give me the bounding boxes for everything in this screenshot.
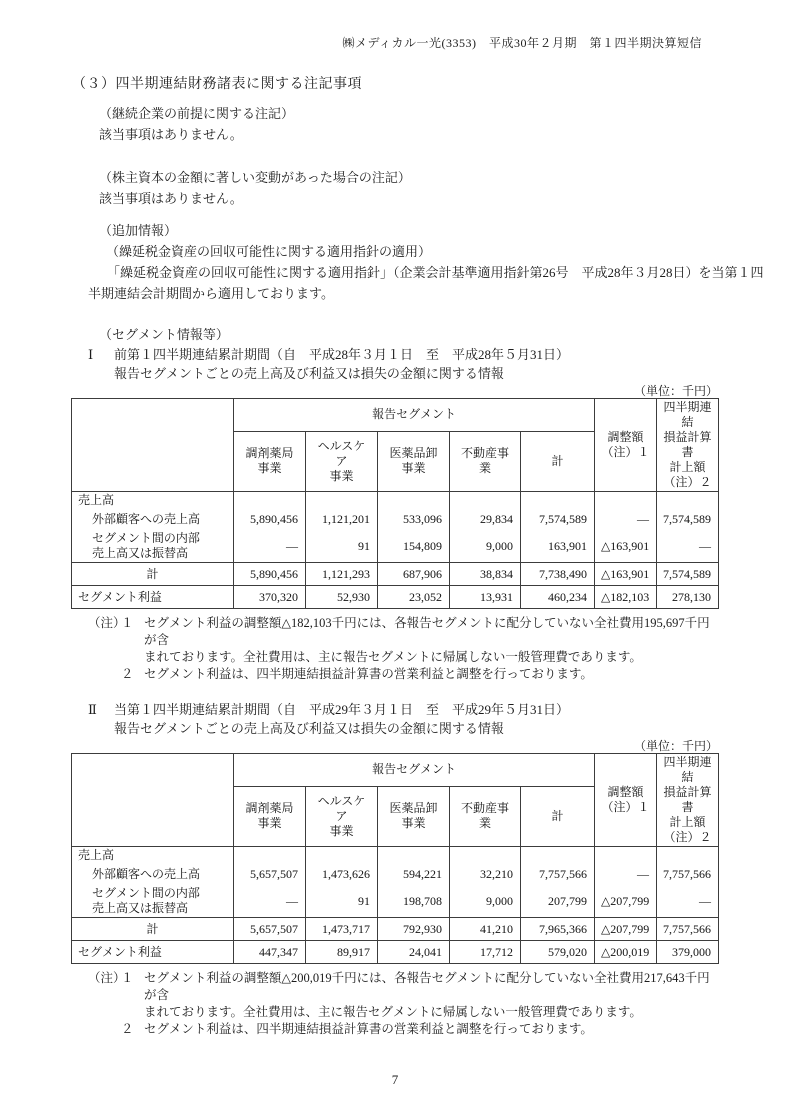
- table-row-external-sales: 外部顧客への売上高 5,890,456 1,121,201 533,096 29…: [72, 509, 719, 530]
- shareholders-equity-heading: （株主資本の金額に著しい変動があった場合の注記）: [99, 167, 790, 188]
- note-text: セグメント利益は、四半期連結損益計算書の営業利益と調整を行っております。: [144, 1021, 718, 1038]
- cell-value: 7,574,589: [657, 509, 719, 530]
- table-row-external-sales: 外部顧客への売上高 5,657,507 1,473,626 594,221 32…: [72, 864, 719, 885]
- going-concern-heading: （継続企業の前提に関する注記）: [99, 103, 790, 124]
- row-label-total: 計: [72, 918, 234, 941]
- cell-value: 594,221: [378, 864, 450, 885]
- note-number: １: [121, 970, 144, 987]
- going-concern-body: 該当事項はありません。: [99, 124, 790, 145]
- cell-value: 7,757,566: [657, 918, 719, 941]
- cell-value: ―: [595, 864, 657, 885]
- cell-value: 154,809: [378, 530, 450, 563]
- table-row-total: 計 5,657,507 1,473,717 792,930 41,210 7,9…: [72, 918, 719, 941]
- cell-value: 7,738,490: [521, 563, 595, 586]
- doc-header: ㈱メディカル一光(3353) 平成30年２月期 第１四半期決算短信: [0, 36, 790, 50]
- period-line-1: Ⅰ 前第１四半期連結累計期間（自 平成28年３月１日 至 平成28年５月31日）: [88, 345, 790, 365]
- note-number: １: [121, 615, 144, 632]
- segment-header-healthcare-line2: 事業: [312, 824, 371, 839]
- cell-value: 447,347: [234, 941, 306, 964]
- note-text-line1: セグメント利益の調整額△200,019千円には、各報告セグメントに配分していない…: [144, 970, 718, 1004]
- row-label-intersegment-line1: セグメント間の内部: [92, 531, 227, 546]
- segment-header-healthcare: ヘルスケア 事業: [306, 786, 378, 846]
- cell-value: 1,473,626: [306, 864, 378, 885]
- cell-value: △182,103: [595, 586, 657, 609]
- cell-value: 38,834: [450, 563, 521, 586]
- table-row-segment-profit: セグメント利益 447,347 89,917 24,041 17,712 579…: [72, 941, 719, 964]
- empty-cell: [306, 847, 378, 865]
- note-marker: （注）: [88, 615, 121, 632]
- page-number: 7: [0, 1072, 790, 1088]
- table-row-segment-profit: セグメント利益 370,320 52,930 23,052 13,931 460…: [72, 586, 719, 609]
- cell-value: 1,121,293: [306, 563, 378, 586]
- note-text-line2: まれております。全社費用は、主に報告セグメントに帰属しない一般管理費であります。: [144, 1004, 718, 1021]
- consolidated-pl-line1: 四半期連結: [663, 755, 712, 785]
- empty-cell: [234, 847, 306, 865]
- segment-header-pharmacy-line2: 事業: [240, 816, 299, 831]
- note-text: セグメント利益の調整額△200,019千円には、各報告セグメントに配分していない…: [144, 970, 718, 1021]
- additional-info-body: 「繰延税金資産の回収可能性に関する適用指針」（企業会計基準適用指針第26号 平成…: [88, 262, 790, 304]
- shareholders-equity-body: 該当事項はありません。: [99, 188, 790, 209]
- note-text: セグメント利益は、四半期連結損益計算書の営業利益と調整を行っております。: [144, 666, 718, 683]
- cell-value: 1,473,717: [306, 918, 378, 941]
- cell-value: △163,901: [595, 530, 657, 563]
- empty-cell: [657, 847, 719, 865]
- cell-value: 32,210: [450, 864, 521, 885]
- cell-value: △207,799: [595, 918, 657, 941]
- additional-info-body-line2: 半期連結会計期間から適用しております。: [88, 283, 790, 304]
- cell-value: 5,890,456: [234, 563, 306, 586]
- unit-label-2: （単位：千円）: [0, 739, 718, 753]
- note-number: ２: [121, 1021, 144, 1038]
- segment-header-pharmacy-line2: 事業: [240, 461, 299, 476]
- table-notes-2: （注） １ セグメント利益の調整額△200,019千円には、各報告セグメントに配…: [88, 970, 790, 1038]
- cell-value: ―: [657, 530, 719, 563]
- note-text-line2: まれております。全社費用は、主に報告セグメントに帰属しない一般管理費であります。: [144, 649, 718, 666]
- consolidated-pl-line3: 計上額: [663, 815, 712, 830]
- cell-value: 7,965,366: [521, 918, 595, 941]
- cell-value: ―: [234, 530, 306, 563]
- cell-value: 7,757,566: [521, 864, 595, 885]
- segment-header-healthcare-line2: 事業: [312, 469, 371, 484]
- cell-value: 17,712: [450, 941, 521, 964]
- cell-value: ―: [657, 885, 719, 918]
- row-label-intersegment: セグメント間の内部 売上高又は振替高: [72, 530, 234, 563]
- section-numeral-2: Ⅱ: [88, 700, 114, 720]
- empty-cell: [450, 847, 521, 865]
- document-page: ㈱メディカル一光(3353) 平成30年２月期 第１四半期決算短信 （３）四半期…: [0, 0, 790, 1118]
- adjustment-header: 調整額 （注）１: [595, 399, 657, 492]
- table-row-sales: 売上高: [72, 847, 719, 865]
- adjustment-header-line1: 調整額: [601, 785, 650, 800]
- cell-value: 5,657,507: [234, 864, 306, 885]
- cell-value: △163,901: [595, 563, 657, 586]
- note-text-line1: セグメント利益は、四半期連結損益計算書の営業利益と調整を行っております。: [144, 666, 718, 683]
- adjustment-header-line2: （注）１: [601, 800, 650, 815]
- table-notes-1: （注） １ セグメント利益の調整額△182,103千円には、各報告セグメントに配…: [88, 615, 790, 683]
- section-numeral-1: Ⅰ: [88, 345, 114, 365]
- cell-value: 198,708: [378, 885, 450, 918]
- table-row-sales: 売上高: [72, 492, 719, 510]
- segment-header-healthcare: ヘルスケア 事業: [306, 431, 378, 491]
- segment-table-1: 報告セグメント 調整額 （注）１ 四半期連結 損益計算書 計上額 （注）２ 調剤…: [71, 398, 719, 609]
- empty-cell: [450, 492, 521, 510]
- cell-value: 91: [306, 530, 378, 563]
- cell-value: 24,041: [378, 941, 450, 964]
- cell-value: 9,000: [450, 530, 521, 563]
- segment-header-realestate: 不動産事業: [450, 786, 521, 846]
- corner-cell: [72, 754, 234, 847]
- cell-value: 91: [306, 885, 378, 918]
- segment-header-realestate: 不動産事業: [450, 431, 521, 491]
- consolidated-pl-line3: 計上額: [663, 460, 712, 475]
- row-label-segment-profit: セグメント利益: [72, 941, 234, 964]
- row-label-external: 外部顧客への売上高: [72, 509, 234, 530]
- cell-value: 370,320: [234, 586, 306, 609]
- adjustment-header-line2: （注）１: [601, 445, 650, 460]
- cell-value: 13,931: [450, 586, 521, 609]
- row-label-intersegment-line1: セグメント間の内部: [92, 886, 227, 901]
- segment-header-total: 計: [521, 786, 595, 846]
- cell-value: 7,574,589: [657, 563, 719, 586]
- consolidated-pl-header: 四半期連結 損益計算書 計上額 （注）２: [657, 754, 719, 847]
- report-segment-header: 報告セグメント: [234, 754, 595, 787]
- segment-header-wholesale-line1: 医薬品卸: [384, 446, 443, 461]
- segment-header-wholesale: 医薬品卸 事業: [378, 786, 450, 846]
- cell-value: 379,000: [657, 941, 719, 964]
- adjustment-header-line1: 調整額: [601, 430, 650, 445]
- cell-value: 89,917: [306, 941, 378, 964]
- table-row-intersegment: セグメント間の内部 売上高又は振替高 ― 91 154,809 9,000 16…: [72, 530, 719, 563]
- table-caption-1: 報告セグメントごとの売上高及び利益又は損失の金額に関する情報: [114, 365, 790, 382]
- consolidated-pl-line2: 損益計算書: [663, 430, 712, 460]
- cell-value: 5,890,456: [234, 509, 306, 530]
- cell-value: 23,052: [378, 586, 450, 609]
- cell-value: △200,019: [595, 941, 657, 964]
- cell-value: 52,930: [306, 586, 378, 609]
- cell-value: ―: [595, 509, 657, 530]
- row-label-total: 計: [72, 563, 234, 586]
- additional-info-subheading: （繰延税金資産の回収可能性に関する適用指針の適用）: [106, 241, 790, 262]
- cell-value: 1,121,201: [306, 509, 378, 530]
- note-text-line1: セグメント利益は、四半期連結損益計算書の営業利益と調整を行っております。: [144, 1021, 718, 1038]
- additional-info-body-line1: 「繰延税金資産の回収可能性に関する適用指針」（企業会計基準適用指針第26号 平成…: [88, 262, 790, 283]
- consolidated-pl-line1: 四半期連結: [663, 400, 712, 430]
- table-row-intersegment: セグメント間の内部 売上高又は振替高 ― 91 198,708 9,000 20…: [72, 885, 719, 918]
- consolidated-pl-line4: （注）２: [663, 475, 712, 490]
- empty-cell: [378, 847, 450, 865]
- note-text-line1: セグメント利益の調整額△182,103千円には、各報告セグメントに配分していない…: [144, 615, 718, 649]
- consolidated-pl-line4: （注）２: [663, 830, 712, 845]
- cell-value: △207,799: [595, 885, 657, 918]
- row-label-intersegment: セグメント間の内部 売上高又は振替高: [72, 885, 234, 918]
- segment-header-healthcare-line1: ヘルスケア: [312, 439, 371, 469]
- consolidated-pl-line2: 損益計算書: [663, 785, 712, 815]
- cell-value: ―: [234, 885, 306, 918]
- report-segment-header: 報告セグメント: [234, 399, 595, 432]
- note-item: （注） １ セグメント利益の調整額△200,019千円には、各報告セグメントに配…: [88, 970, 790, 1021]
- note-item: （注） １ セグメント利益の調整額△182,103千円には、各報告セグメントに配…: [88, 615, 790, 666]
- segment-header-pharmacy: 調剤薬局 事業: [234, 786, 306, 846]
- cell-value: 9,000: [450, 885, 521, 918]
- corner-cell: [72, 399, 234, 492]
- additional-info-heading: （追加情報）: [99, 220, 790, 241]
- empty-cell: [595, 492, 657, 510]
- cell-value: 29,834: [450, 509, 521, 530]
- cell-value: 579,020: [521, 941, 595, 964]
- note-item: ２ セグメント利益は、四半期連結損益計算書の営業利益と調整を行っております。: [88, 666, 790, 683]
- segment-header-wholesale-line1: 医薬品卸: [384, 801, 443, 816]
- cell-value: 207,799: [521, 885, 595, 918]
- segment-header-healthcare-line1: ヘルスケア: [312, 794, 371, 824]
- segment-table-2: 報告セグメント 調整額 （注）１ 四半期連結 損益計算書 計上額 （注）２ 調剤…: [71, 753, 719, 964]
- consolidated-pl-header: 四半期連結 損益計算書 計上額 （注）２: [657, 399, 719, 492]
- segment-header-wholesale-line2: 事業: [384, 816, 443, 831]
- note-marker: （注）: [88, 970, 121, 987]
- segment-header-total: 計: [521, 431, 595, 491]
- table-caption-2: 報告セグメントごとの売上高及び利益又は損失の金額に関する情報: [114, 720, 790, 737]
- cell-value: 792,930: [378, 918, 450, 941]
- segment-header-pharmacy-line1: 調剤薬局: [240, 446, 299, 461]
- empty-cell: [378, 492, 450, 510]
- row-label-sales: 売上高: [72, 492, 234, 510]
- section-title: （３）四半期連結財務諸表に関する注記事項: [72, 76, 790, 94]
- row-label-intersegment-line2: 売上高又は振替高: [92, 546, 227, 561]
- cell-value: 687,906: [378, 563, 450, 586]
- adjustment-header: 調整額 （注）１: [595, 754, 657, 847]
- cell-value: 460,234: [521, 586, 595, 609]
- row-label-intersegment-line2: 売上高又は振替高: [92, 901, 227, 916]
- note-text: セグメント利益の調整額△182,103千円には、各報告セグメントに配分していない…: [144, 615, 718, 666]
- note-item: ２ セグメント利益は、四半期連結損益計算書の営業利益と調整を行っております。: [88, 1021, 790, 1038]
- unit-label-1: （単位：千円）: [0, 384, 718, 398]
- cell-value: 278,130: [657, 586, 719, 609]
- empty-cell: [234, 492, 306, 510]
- segment-header-pharmacy: 調剤薬局 事業: [234, 431, 306, 491]
- cell-value: 533,096: [378, 509, 450, 530]
- note-number: ２: [121, 666, 144, 683]
- empty-cell: [521, 492, 595, 510]
- row-label-external: 外部顧客への売上高: [72, 864, 234, 885]
- period-title-1: 前第１四半期連結累計期間（自 平成28年３月１日 至 平成28年５月31日）: [114, 345, 569, 365]
- segment-header-wholesale-line2: 事業: [384, 461, 443, 476]
- period-title-2: 当第１四半期連結累計期間（自 平成29年３月１日 至 平成29年５月31日）: [114, 700, 569, 720]
- cell-value: 7,574,589: [521, 509, 595, 530]
- empty-cell: [521, 847, 595, 865]
- cell-value: 163,901: [521, 530, 595, 563]
- table-row-total: 計 5,890,456 1,121,293 687,906 38,834 7,7…: [72, 563, 719, 586]
- cell-value: 7,757,566: [657, 864, 719, 885]
- segment-header-pharmacy-line1: 調剤薬局: [240, 801, 299, 816]
- row-label-segment-profit: セグメント利益: [72, 586, 234, 609]
- empty-cell: [657, 492, 719, 510]
- period-line-2: Ⅱ 当第１四半期連結累計期間（自 平成29年３月１日 至 平成29年５月31日）: [88, 700, 790, 720]
- empty-cell: [595, 847, 657, 865]
- empty-cell: [306, 492, 378, 510]
- cell-value: 5,657,507: [234, 918, 306, 941]
- segment-header-wholesale: 医薬品卸 事業: [378, 431, 450, 491]
- segment-info-heading: （セグメント情報等）: [99, 324, 790, 345]
- cell-value: 41,210: [450, 918, 521, 941]
- row-label-sales: 売上高: [72, 847, 234, 865]
